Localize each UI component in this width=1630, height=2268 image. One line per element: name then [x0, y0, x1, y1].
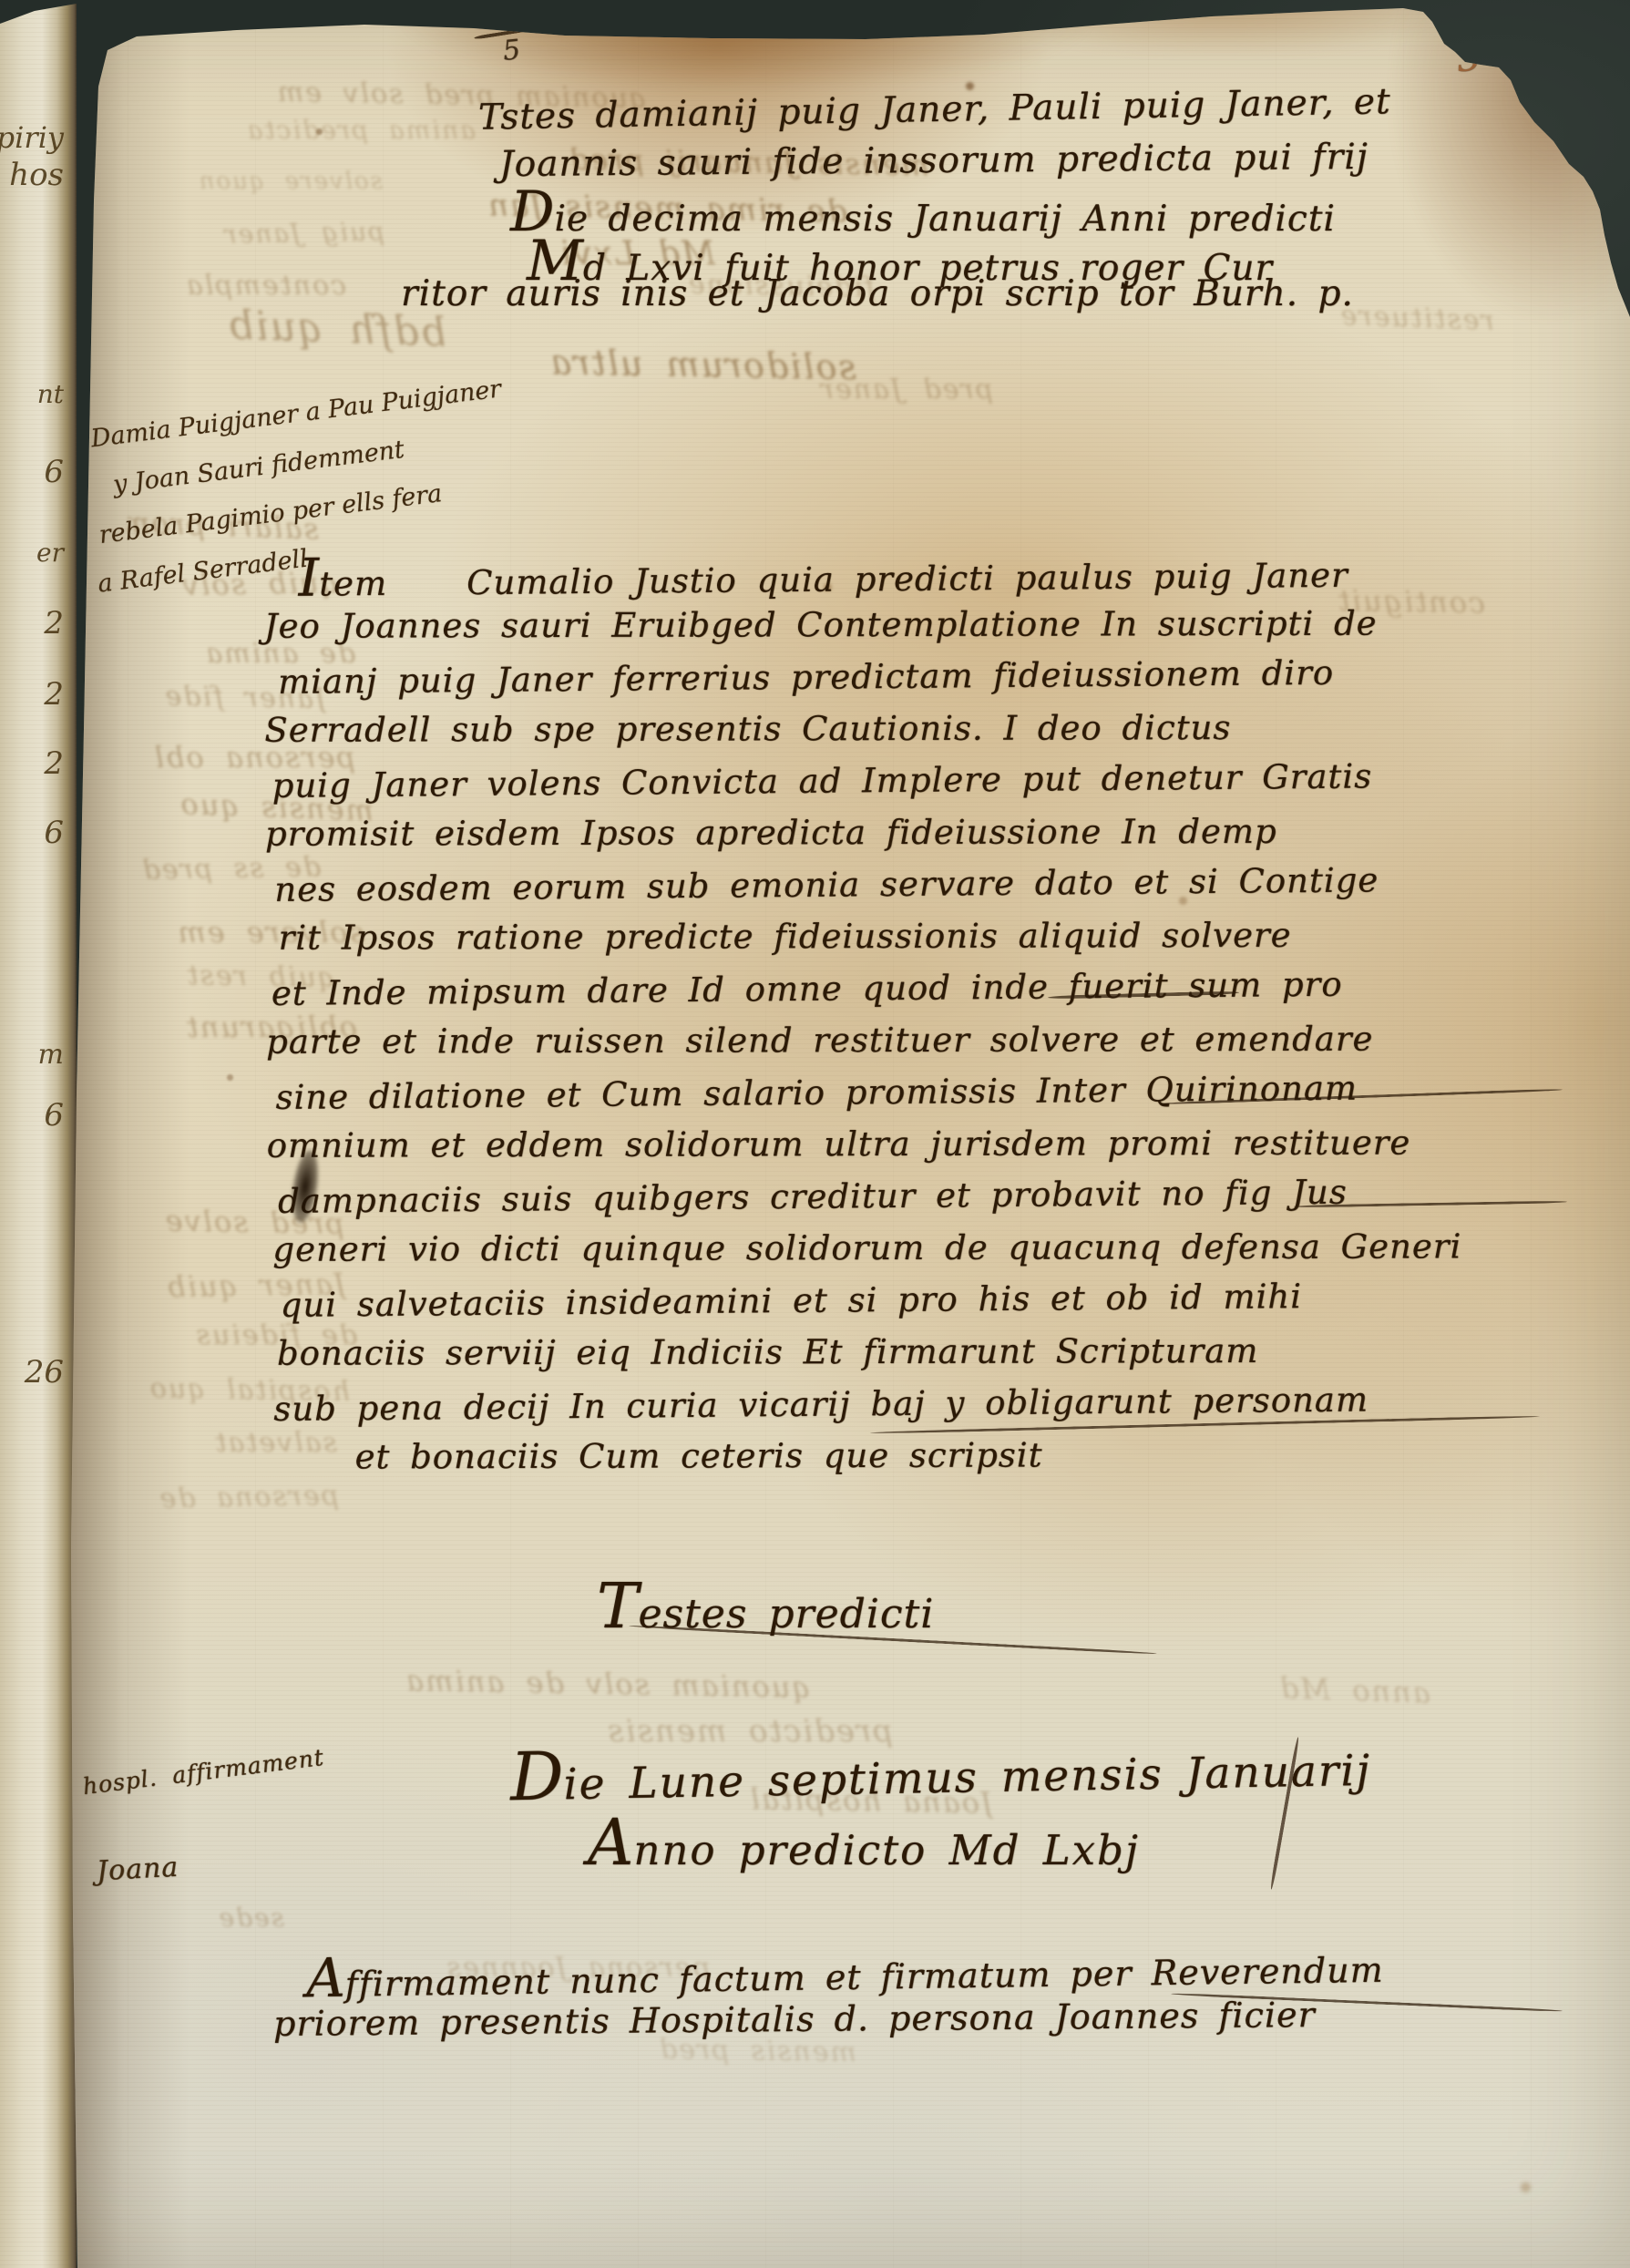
- clause-line: bonaciis serviij eiq Indiciis Et firmaru…: [277, 1324, 1516, 1380]
- clause-line: Jeo Joannes sauri Eruibged Contemplation…: [264, 597, 1512, 652]
- edge-text-fragment: nt: [37, 379, 64, 409]
- edge-text-fragment: 26: [25, 1354, 64, 1391]
- manuscript-page: quoniam pred solv emanima predictamensis…: [0, 0, 1630, 2268]
- bleedthrough-text: contempla: [109, 270, 346, 302]
- edge-text-fragment: 6: [44, 454, 64, 490]
- bleedthrough-text: persona de: [129, 1480, 340, 1515]
- edge-text-fragment: 6: [44, 815, 64, 851]
- clause-line: et Inde mipsum dare Id omne quod inde fu…: [272, 957, 1514, 1020]
- bleedthrough-text: anima predicta: [111, 115, 476, 145]
- edge-text-fragment: 6: [44, 1097, 64, 1134]
- header-line: Joannis sauri fide inssorum predicta pui…: [499, 137, 1369, 185]
- bleedthrough-text: puig Janer: [120, 216, 385, 251]
- edge-text-fragment: 2: [44, 676, 64, 713]
- quire-mark: 5: [501, 34, 523, 67]
- clause-line: parte et inde ruissen silend restituer s…: [266, 1012, 1514, 1068]
- date-line: Anno predicto Md Lxbj: [588, 1806, 1140, 1880]
- clause-line: generi vio dicti quinque solidorum de qu…: [272, 1220, 1515, 1276]
- item-clause-paragraph: Item Cumalio Justio quia predicti paulus…: [263, 543, 1516, 1484]
- edge-text-fragment: piriy: [0, 120, 64, 155]
- clause-line: rit Ipsos ratione predicte fideiussionis…: [278, 908, 1513, 964]
- clause-line: promisit eisdem Ipsos apredicta fideiuss…: [265, 805, 1513, 860]
- margin-note-joana: Joana: [96, 1852, 179, 1888]
- edge-text-fragment: hos: [9, 157, 64, 193]
- facing-page-edge: piriyhosnt6er2226m626: [0, 0, 77, 2268]
- bleedthrough-text: sede: [138, 1903, 284, 1933]
- clause-line: puig Janer volens Convicta ad Implere pu…: [272, 749, 1512, 812]
- clause-line: sub pena decij In curia vicarij baj y ob…: [273, 1372, 1516, 1435]
- clause-line: dampnaciis suis quibgers creditur et pro…: [278, 1165, 1515, 1227]
- clause-line: mianj puig Janer ferrerius predictam fid…: [278, 645, 1512, 708]
- edge-text-fragment: 2: [44, 605, 64, 641]
- clause-line: nes eosdem eorum sub emonia servare dato…: [274, 853, 1513, 916]
- header-line: ritor auris inis et Jacoba orpi scrip to…: [401, 273, 1354, 314]
- clause-line: et bonaciis Cum ceteris que scripsit: [354, 1428, 1516, 1483]
- clause-line: Serradell sub spe presentis Cautionis. I…: [264, 701, 1512, 756]
- clause-line: omnium et eddem solidorum ultra jurisdem…: [267, 1116, 1515, 1172]
- manuscript-photo: piriyhosnt6er2226m626 quoniam pred solv …: [0, 0, 1630, 2268]
- paper-texture: [0, 0, 77, 2268]
- clause-line: sine dilatione et Cum salario promissis …: [275, 1061, 1514, 1124]
- edge-text-fragment: m: [38, 1039, 64, 1071]
- clause-line: qui salvetaciis insideamini et si pro hi…: [280, 1268, 1515, 1331]
- edge-text-fragment: 2: [44, 745, 64, 782]
- bleedthrough-text: solvere quon: [109, 168, 383, 195]
- clause-line: Item Cumalio Justio quia predicti paulus…: [298, 541, 1512, 604]
- bleedthrough-text: pred Janer: [774, 374, 993, 405]
- edge-text-fragment: er: [36, 538, 64, 568]
- date-line: Die Lune septimus mensis Januarij: [509, 1724, 1371, 1816]
